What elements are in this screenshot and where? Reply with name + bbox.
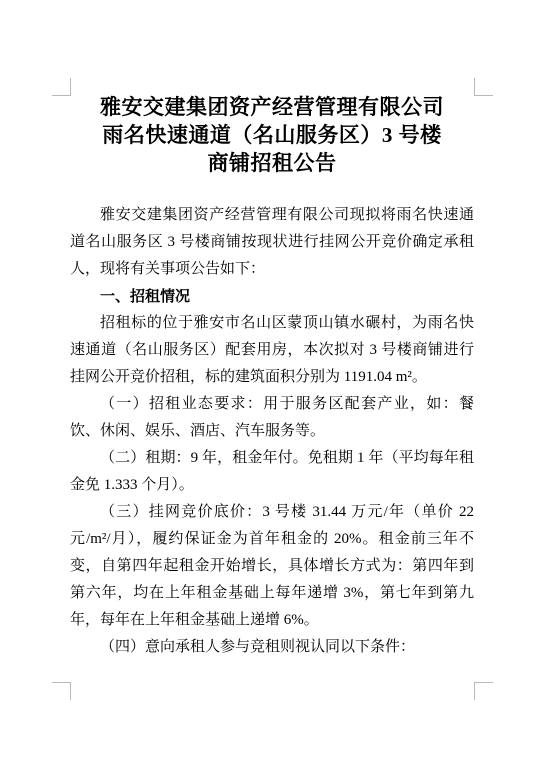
section-heading-rental-info: 一、招租情况 (70, 283, 474, 310)
title-line-announcement: 商铺招租公告 (70, 149, 474, 177)
paragraph-lease-term: （二）租期：9 年，租金年付。免租期 1 年（平均每年租金免 1.333 个月）… (70, 445, 474, 499)
title-line-project: 雨名快速通道（名山服务区）3 号楼 (70, 121, 474, 149)
margin-crop-mark-top-left (52, 78, 71, 96)
document-page: 雅安交建集团资产经营管理有限公司 雨名快速通道（名山服务区）3 号楼 商铺招租公… (0, 0, 542, 768)
text-margin-area: 雅安交建集团资产经营管理有限公司 雨名快速通道（名山服务区）3 号楼 商铺招租公… (70, 93, 474, 661)
paragraph-location: 招租标的位于雅安市名山区蒙顶山镇水碾村，为雨名快速通道（名山服务区）配套用房，本… (70, 310, 474, 391)
paragraph-bidder-conditions: （四）意向承租人参与竞租则视认同以下条件： (70, 634, 474, 661)
margin-crop-mark-bottom-right (474, 682, 493, 700)
document-body: 雅安交建集团资产经营管理有限公司现拟将雨名快速通道名山服务区 3 号楼商铺按现状… (70, 202, 474, 661)
margin-crop-mark-bottom-left (52, 682, 71, 700)
document-title: 雅安交建集团资产经营管理有限公司 雨名快速通道（名山服务区）3 号楼 商铺招租公… (70, 93, 474, 177)
paragraph-base-price: （三）挂网竞价底价：3 号楼 31.44 万元/年（单价 22 元/m²/月），… (70, 499, 474, 634)
title-line-company: 雅安交建集团资产经营管理有限公司 (70, 93, 474, 121)
paragraph-business-type: （一）招租业态要求：用于服务区配套产业，如：餐饮、休闲、娱乐、酒店、汽车服务等。 (70, 391, 474, 445)
paragraph-intro: 雅安交建集团资产经营管理有限公司现拟将雨名快速通道名山服务区 3 号楼商铺按现状… (70, 202, 474, 283)
margin-crop-mark-top-right (474, 78, 493, 96)
